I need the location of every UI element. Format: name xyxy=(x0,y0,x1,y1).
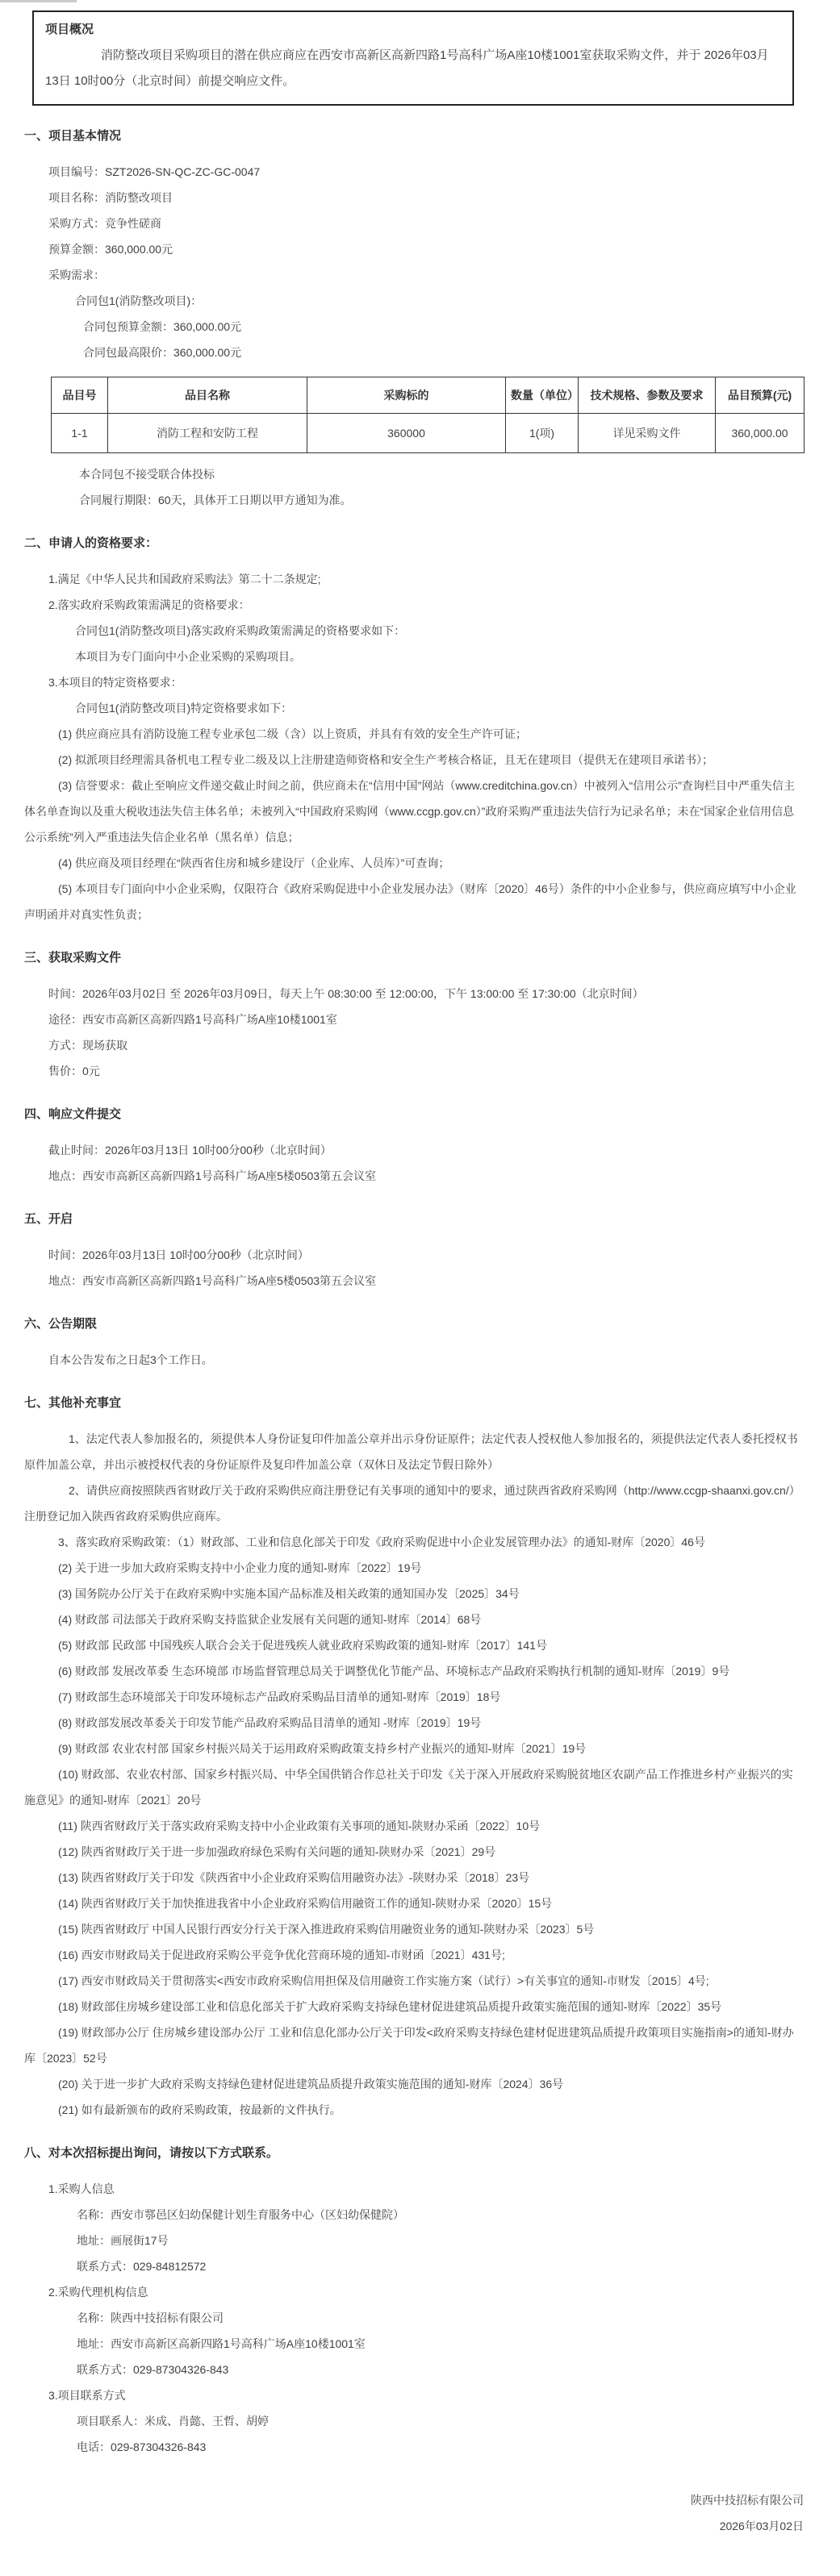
obtain-time-field: 时间：2026年03月02日 至 2026年03月09日，每天上午 08:30:… xyxy=(48,981,804,1007)
section-heading-opening: 五、开启 xyxy=(24,1207,804,1232)
submission-place-field: 地点：西安市高新区高新四路1号高科广场A座5楼0503第五会议室 xyxy=(48,1163,804,1189)
purchaser-phone-label: 联系方式： xyxy=(77,2260,133,2273)
obtain-method-field: 方式：现场获取 xyxy=(48,1032,804,1058)
purchaser-phone-field: 联系方式：029-84812572 xyxy=(77,2253,804,2279)
obtain-time-label: 时间： xyxy=(48,987,82,1000)
policy-item: (16) 西安市财政局关于促进政府采购公平竞争优化营商环境的通知-市财函〔202… xyxy=(24,1942,804,1968)
opening-time-value: 2026年03月13日 10时00分00秒（北京时间） xyxy=(82,1248,309,1261)
signature-block: 陕西中技招标有限公司 2026年03月02日 xyxy=(24,2487,804,2539)
specific-requirement-1: (1) 供应商应具有消防设施工程专业承包二级（含）以上资质，并具有有效的安全生产… xyxy=(24,721,804,747)
obtain-place-field: 途径：西安市高新区高新四路1号高科广场A座10楼1001室 xyxy=(48,1007,804,1032)
notice-period-text: 自本公告发布之日起3个工作日。 xyxy=(48,1347,804,1373)
policy-item: (20) 关于进一步扩大政府采购支持绿色建材促进建筑品质提升政策实施范围的通知-… xyxy=(24,2071,804,2097)
col-item-no: 品目号 xyxy=(52,377,108,414)
project-overview-box: 项目概况 消防整改项目采购项目的潜在供应商应在西安市高新区高新四路1号高科广场A… xyxy=(32,10,794,106)
obtain-price-label: 售价： xyxy=(48,1065,82,1078)
package-title: 合同包1(消防整改项目)： xyxy=(75,288,804,314)
procurement-method-value: 竞争性磋商 xyxy=(105,217,161,230)
overview-paragraph: 消防整改项目采购项目的潜在供应商应在西安市高新区高新四路1号高科广场A座10楼1… xyxy=(45,43,781,94)
submission-place-value: 西安市高新区高新四路1号高科广场A座5楼0503第五会议室 xyxy=(82,1169,376,1182)
agency-name-label: 名称： xyxy=(77,2311,111,2324)
procurement-method-label: 采购方式： xyxy=(48,217,105,230)
cell-procurement-target: 360000 xyxy=(307,414,506,453)
section-heading-obtain-documents: 三、获取采购文件 xyxy=(24,945,804,971)
obtain-price-field: 售价：0元 xyxy=(48,1058,804,1084)
policy-item: (6) 财政部 发展改革委 生态环境部 市场监督管理总局关于调整优化节能产品、环… xyxy=(24,1658,804,1684)
purchaser-phone-value: 029-84812572 xyxy=(133,2260,206,2273)
project-contact-title: 3.项目联系方式 xyxy=(48,2382,804,2408)
project-name-field: 项目名称：消防整改项目 xyxy=(48,185,804,210)
col-quantity-unit: 数量（单位） xyxy=(506,377,579,414)
policy-item: (21) 如有最新颁布的政府采购政策，按最新的文件执行。 xyxy=(24,2097,804,2123)
table-row: 1-1 消防工程和安防工程 360000 1(项) 详见采购文件 360,000… xyxy=(52,414,804,453)
project-contact-phone-value: 029-87304326-843 xyxy=(111,2441,206,2453)
agency-address-label: 地址： xyxy=(77,2337,111,2350)
section-heading-supplement: 七、其他补充事宜 xyxy=(24,1390,804,1416)
project-contact-person-field: 项目联系人：米成、肖懿、王哲、胡婷 xyxy=(77,2408,804,2434)
project-number-value: SZT2026-SN-QC-ZC-GC-0047 xyxy=(105,165,260,178)
obtain-method-label: 方式： xyxy=(48,1039,82,1052)
items-table: 品目号 品目名称 采购标的 数量（单位） 技术规格、参数及要求 品目预算(元) … xyxy=(51,377,804,453)
col-procurement-target: 采购标的 xyxy=(307,377,506,414)
supplement-para-2: 2、请供应商按照陕西省财政厅关于政府采购供应商注册登记有关事项的通知中的要求，通… xyxy=(24,1478,804,1529)
agency-phone-label: 联系方式： xyxy=(77,2363,133,2376)
items-table-header-row: 品目号 品目名称 采购标的 数量（单位） 技术规格、参数及要求 品目预算(元) xyxy=(52,377,804,414)
overview-title: 项目概况 xyxy=(45,17,781,43)
policy-item: (4) 财政部 司法部关于政府采购支持监狱企业发展有关问题的通知-财库〔2014… xyxy=(24,1607,804,1632)
purchaser-name-field: 名称：西安市鄠邑区妇幼保健计划生育服务中心（区妇幼保健院） xyxy=(77,2202,804,2228)
policy-item: (5) 财政部 民政部 中国残疾人联合会关于促进残疾人就业政府采购政策的通知-财… xyxy=(24,1632,804,1658)
project-name-label: 项目名称： xyxy=(48,191,105,204)
qualification-item-2: 2.落实政府采购政策需满足的资格要求： xyxy=(48,592,804,618)
section-heading-response-submission: 四、响应文件提交 xyxy=(24,1102,804,1128)
agency-info-title: 2.采购代理机构信息 xyxy=(48,2279,804,2305)
project-name-value: 消防整改项目 xyxy=(105,191,173,204)
opening-place-value: 西安市高新区高新四路1号高科广场A座5楼0503第五会议室 xyxy=(82,1274,376,1287)
agency-address-field: 地址：西安市高新区高新四路1号高科广场A座10楼1001室 xyxy=(77,2331,804,2357)
opening-time-field: 时间：2026年03月13日 10时00分00秒（北京时间） xyxy=(48,1242,804,1268)
specific-requirement-5: (5) 本项目专门面向中小企业采购，仅限符合《政府采购促进中小企业发展办法》（财… xyxy=(24,876,804,927)
project-number-field: 项目编号：SZT2026-SN-QC-ZC-GC-0047 xyxy=(48,159,804,185)
agency-address-value: 西安市高新区高新四路1号高科广场A座10楼1001室 xyxy=(111,2337,366,2350)
policy-item: (15) 陕西省财政厅 中国人民银行西安分行关于深入推进政府采购信用融资业务的通… xyxy=(24,1916,804,1942)
opening-time-label: 时间： xyxy=(48,1248,82,1261)
budget-amount-label: 预算金额： xyxy=(48,243,105,256)
qualification-item-3: 3.本项目的特定资格要求： xyxy=(48,669,804,695)
section-heading-notice-period: 六、公告期限 xyxy=(24,1311,804,1337)
cell-item-no: 1-1 xyxy=(52,414,108,453)
policy-item: (12) 陕西省财政厅关于进一步加强政府绿色采购有关问题的通知-陕财办采〔202… xyxy=(24,1839,804,1865)
policy-item: (18) 财政部住房城乡建设部工业和信息化部关于扩大政府采购支持绿色建材促进建筑… xyxy=(24,1994,804,2020)
project-contact-phone-label: 电话： xyxy=(77,2441,111,2453)
agency-phone-value: 029-87304326-843 xyxy=(133,2363,228,2376)
policy-item: (8) 财政部发展改革委关于印发节能产品政府采购品目清单的通知 -财库〔2019… xyxy=(24,1710,804,1736)
project-number-label: 项目编号： xyxy=(48,165,105,178)
purchaser-address-value: 画展街17号 xyxy=(111,2234,169,2247)
budget-amount-field: 预算金额：360,000.00元 xyxy=(48,236,804,262)
policy-item: (11) 陕西省财政厅关于落实政府采购支持中小企业政策有关事项的通知-陕财办采函… xyxy=(24,1813,804,1839)
col-tech-spec: 技术规格、参数及要求 xyxy=(579,377,716,414)
section-heading-inquiry-contact: 八、对本次招标提出询问，请按以下方式联系。 xyxy=(24,2140,804,2166)
submission-place-label: 地点： xyxy=(48,1169,82,1182)
signature-company: 陕西中技招标有限公司 xyxy=(24,2487,804,2513)
col-item-name: 品目名称 xyxy=(108,377,307,414)
announcement-page: 项目概况 消防整改项目采购项目的潜在供应商应在西安市高新区高新四路1号高科广场A… xyxy=(0,10,840,2576)
package-max-price: 合同包最高限价：360,000.00元 xyxy=(83,340,804,365)
qualification-item-3-sub-1: 合同包1(消防整改项目)特定资格要求如下： xyxy=(75,695,804,721)
specific-requirement-3: (3) 信誉要求：截止至响应文件递交截止时间之前，供应商未在“信用中国”网站（w… xyxy=(24,773,804,850)
submission-deadline-label: 截止时间： xyxy=(48,1144,105,1157)
purchaser-info-title: 1.采购人信息 xyxy=(48,2176,804,2202)
agency-name-field: 名称：陕西中技招标有限公司 xyxy=(77,2305,804,2331)
obtain-place-label: 途径： xyxy=(48,1013,82,1026)
page-top-fragment xyxy=(0,0,77,2)
policy-item: (3) 国务院办公厅关于在政府采购中实施本国产品标准及相关政策的通知国办发〔20… xyxy=(24,1581,804,1607)
qualification-item-2-sub-1: 合同包1(消防整改项目)落实政府采购政策需满足的资格要求如下： xyxy=(75,618,804,644)
cell-item-name: 消防工程和安防工程 xyxy=(108,414,307,453)
signature-date: 2026年03月02日 xyxy=(24,2513,804,2539)
submission-deadline-value: 2026年03月13日 10时00分00秒（北京时间） xyxy=(105,1144,332,1157)
policy-item: (13) 陕西省财政厅关于印发《陕西省中小企业政府采购信用融资办法》-陕财办采〔… xyxy=(24,1865,804,1890)
note-joint-bid: 本合同包不接受联合体投标 xyxy=(79,461,804,487)
purchaser-address-field: 地址：画展街17号 xyxy=(77,2228,804,2253)
obtain-method-value: 现场获取 xyxy=(82,1039,127,1052)
policy-item: (14) 陕西省财政厅关于加快推进我省中小企业政府采购信用融资工作的通知-陕财办… xyxy=(24,1890,804,1916)
supplement-para-3: 3、落实政府采购政策：（1）财政部、工业和信息化部关于印发《政府采购促进中小企业… xyxy=(24,1529,804,1555)
opening-place-label: 地点： xyxy=(48,1274,82,1287)
cell-quantity-unit: 1(项) xyxy=(506,414,579,453)
note-contract-duration: 合同履行期限：60天，具体开工日期以甲方通知为准。 xyxy=(79,487,804,513)
submission-deadline-field: 截止时间：2026年03月13日 10时00分00秒（北京时间） xyxy=(48,1137,804,1163)
budget-amount-value: 360,000.00元 xyxy=(105,243,173,256)
project-contact-phone-field: 电话：029-87304326-843 xyxy=(77,2434,804,2460)
agency-name-value: 陕西中技招标有限公司 xyxy=(111,2311,224,2324)
col-item-budget: 品目预算(元) xyxy=(716,377,804,414)
obtain-place-value: 西安市高新区高新四路1号高科广场A座10楼1001室 xyxy=(82,1013,337,1026)
obtain-time-value: 2026年03月02日 至 2026年03月09日，每天上午 08:30:00 … xyxy=(82,987,644,1000)
policy-item: (2) 关于进一步加大政府采购支持中小企业力度的通知-财库〔2022〕19号 xyxy=(24,1555,804,1581)
qualification-item-2-sub-2: 本项目为专门面向中小企业采购的采购项目。 xyxy=(75,644,804,669)
specific-requirement-2: (2) 拟派项目经理需具备机电工程专业二级及以上注册建造师资格和安全生产考核合格… xyxy=(24,747,804,773)
policy-item: (19) 财政部办公厅 住房城乡建设部办公厅 工业和信息化部办公厅关于印发<政府… xyxy=(24,2020,804,2071)
project-contact-person-value: 米成、肖懿、王哲、胡婷 xyxy=(144,2415,269,2428)
opening-place-field: 地点：西安市高新区高新四路1号高科广场A座5楼0503第五会议室 xyxy=(48,1268,804,1294)
demand-label: 采购需求： xyxy=(48,262,804,288)
policy-item: (17) 西安市财政局关于贯彻落实<西安市政府采购信用担保及信用融资工作实施方案… xyxy=(24,1968,804,1994)
section-heading-qualification: 二、申请人的资格要求： xyxy=(24,531,804,556)
qualification-item-1: 1.满足《中华人民共和国政府采购法》第二十二条规定; xyxy=(48,566,804,592)
procurement-method-field: 采购方式：竞争性磋商 xyxy=(48,210,804,236)
policy-item: (7) 财政部生态环境部关于印发环境标志产品政府采购品目清单的通知-财库〔201… xyxy=(24,1684,804,1710)
package-budget: 合同包预算金额：360,000.00元 xyxy=(83,314,804,340)
cell-item-budget: 360,000.00 xyxy=(716,414,804,453)
project-contact-person-label: 项目联系人： xyxy=(77,2415,144,2428)
specific-requirement-4: (4) 供应商及项目经理在“陕西省住房和城乡建设厅（企业库、人员库）”可查询； xyxy=(24,850,804,876)
cell-tech-spec: 详见采购文件 xyxy=(579,414,716,453)
purchaser-address-label: 地址： xyxy=(77,2234,111,2247)
purchaser-name-label: 名称： xyxy=(77,2208,111,2221)
policy-item: (9) 财政部 农业农村部 国家乡村振兴局关于运用政府采购政策支持乡村产业振兴的… xyxy=(24,1736,804,1761)
section-heading-basic-info: 一、项目基本情况 xyxy=(24,123,804,149)
policy-item: (10) 财政部、农业农村部、国家乡村振兴局、中华全国供销合作总社关于印发《关于… xyxy=(24,1761,804,1813)
agency-phone-field: 联系方式：029-87304326-843 xyxy=(77,2357,804,2382)
purchaser-name-value: 西安市鄠邑区妇幼保健计划生育服务中心（区妇幼保健院） xyxy=(111,2208,404,2221)
obtain-price-value: 0元 xyxy=(82,1065,100,1078)
supplement-para-1: 1、法定代表人参加报名的，须提供本人身份证复印件加盖公章并出示身份证原件；法定代… xyxy=(24,1426,804,1478)
